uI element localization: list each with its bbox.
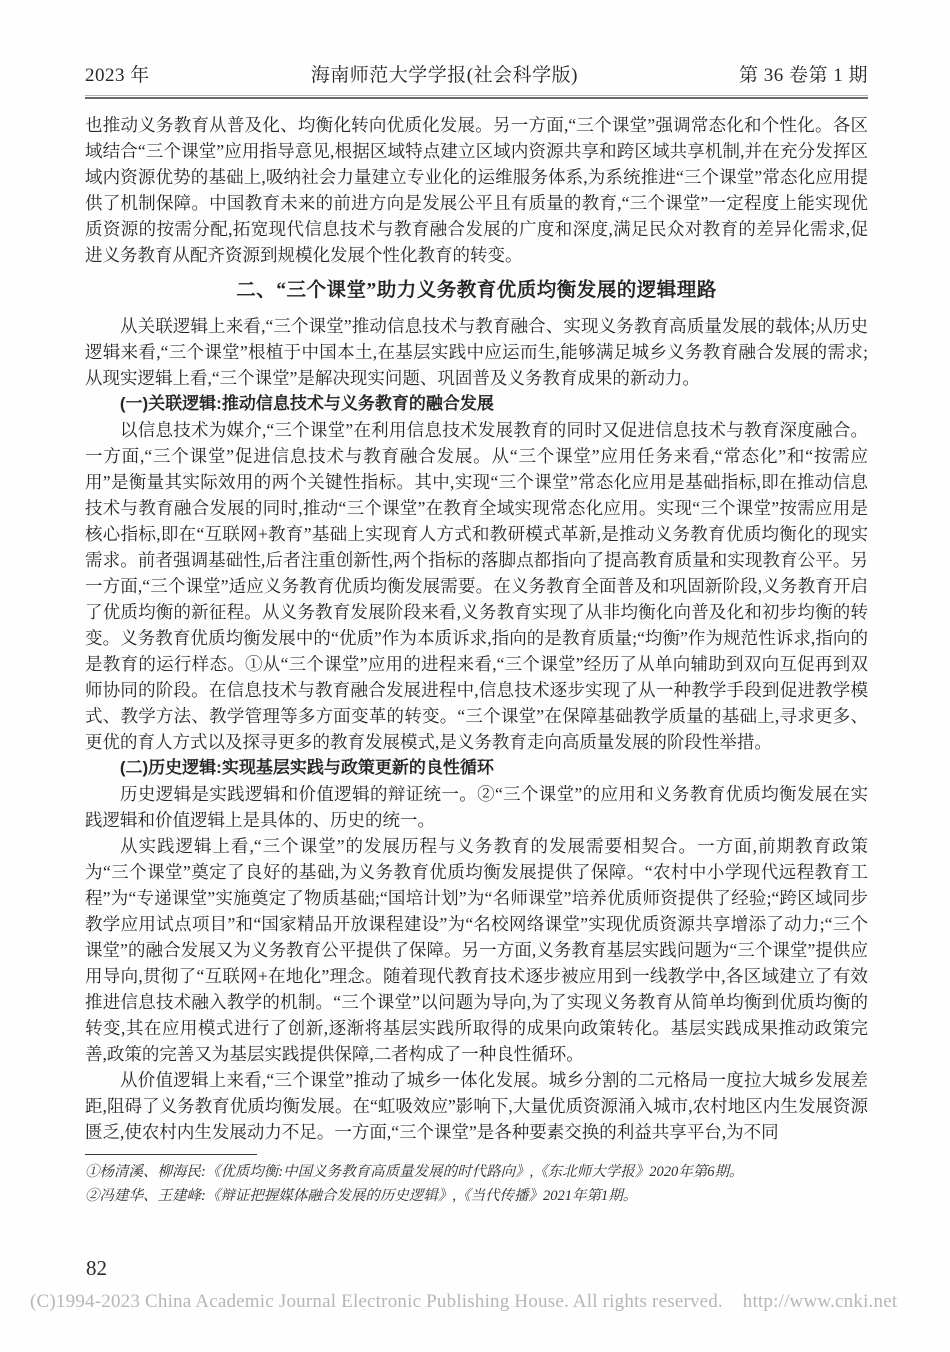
copyright-watermark: (C)1994-2023 China Academic Journal Elec…: [30, 1291, 897, 1313]
subsection-2-paragraph-3: 从价值逻辑上来看,“三个课堂”推动了城乡一体化发展。城乡分割的二元格局一度拉大城…: [85, 1067, 868, 1145]
footnote-1: ①杨清溪、柳海民:《优质均衡:中国义务教育高质量发展的时代路向》,《东北师大学报…: [85, 1161, 868, 1185]
subsection-2-heading: (二)历史逻辑:实现基层实践与政策更新的良性循环: [85, 755, 868, 781]
header-rule: [85, 95, 868, 99]
page-header: 2023 年 海南师范大学学报(社会科学版) 第 36 卷第 1 期: [85, 60, 868, 87]
page-content: 2023 年 海南师范大学学报(社会科学版) 第 36 卷第 1 期 也推动义务…: [85, 60, 868, 1208]
intro-paragraph: 从关联逻辑上来看,“三个课堂”推动信息技术与教育融合、实现义务教育高质量发展的载…: [85, 313, 868, 391]
subsection-1-heading: (一)关联逻辑:推动信息技术与义务教育的融合发展: [85, 391, 868, 417]
footnote-separator: [85, 1154, 257, 1155]
subsection-2-paragraph-1: 历史逻辑是实践逻辑和价值逻辑的辩证统一。②“三个课堂”的应用和义务教育优质均衡发…: [85, 781, 868, 833]
subsection-1-paragraph: 以信息技术为媒介,“三个课堂”在利用信息技术发展教育的同时又促进信息技术与教育深…: [85, 417, 868, 755]
header-journal-title: 海南师范大学学报(社会科学版): [311, 60, 578, 87]
footnote-2: ②冯建华、王建峰:《辩证把握媒体融合发展的历史逻辑》,《当代传播》2021年第1…: [85, 1185, 868, 1209]
subsection-2-paragraph-2: 从实践逻辑上看,“三个课堂”的发展历程与义务教育的发展需要相契合。一方面,前期教…: [85, 833, 868, 1067]
header-issue: 第 36 卷第 1 期: [739, 60, 868, 87]
journal-page: 2023 年 海南师范大学学报(社会科学版) 第 36 卷第 1 期 也推动义务…: [0, 0, 950, 1352]
header-year: 2023 年: [85, 60, 150, 87]
article-body: 也推动义务教育从普及化、均衡化转向优质化发展。另一方面,“三个课堂”强调常态化和…: [85, 112, 868, 1208]
page-number: 82: [86, 1256, 107, 1281]
continuation-paragraph: 也推动义务教育从普及化、均衡化转向优质化发展。另一方面,“三个课堂”强调常态化和…: [85, 112, 868, 268]
section-heading: 二、“三个课堂”助力义务教育优质均衡发展的逻辑理路: [85, 277, 868, 304]
